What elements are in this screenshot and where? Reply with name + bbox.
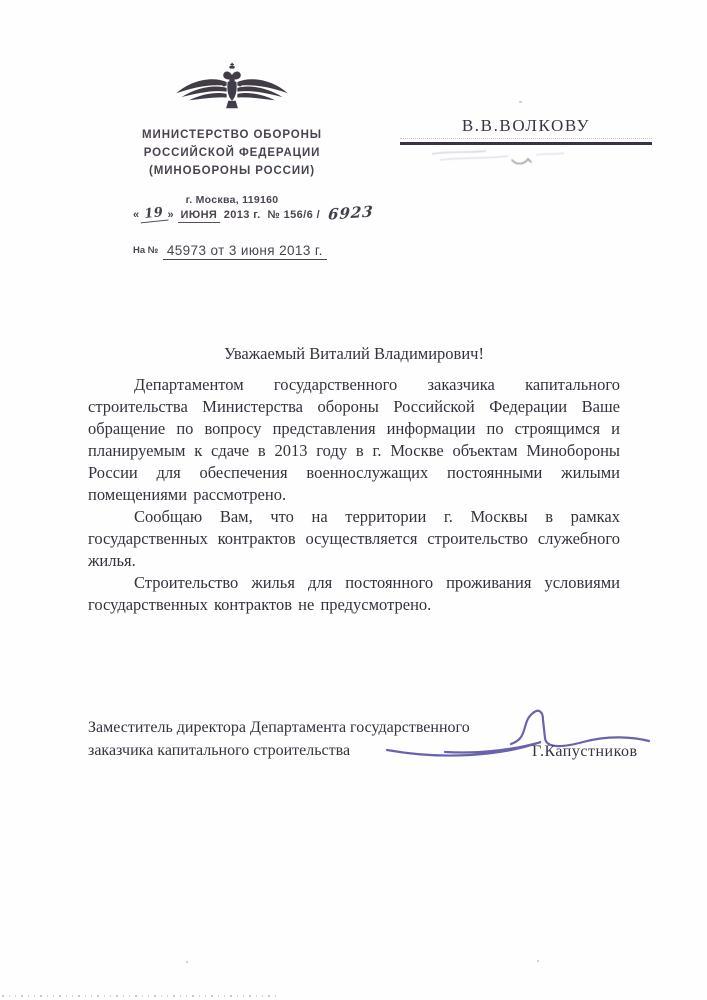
signature-block: Заместитель директора Департамента госуд… <box>88 716 668 786</box>
month-label: ИЮНЯ <box>178 209 221 223</box>
addressee-rule <box>400 142 652 145</box>
scan-speck <box>519 101 522 103</box>
signer-name: Г.Капустников <box>532 743 638 761</box>
handwritten-outgoing-number: 6923 <box>327 202 374 223</box>
paragraph-1: Департаментом государственного заказчика… <box>88 374 620 506</box>
erased-address-smudge <box>428 146 578 168</box>
paragraph-3: Строительство жилья для постоянного прож… <box>88 572 620 616</box>
addressee-name: В.В.ВОЛКОВУ <box>400 116 652 136</box>
outgoing-number-label: № 156/6 / <box>268 209 321 221</box>
reference-prefix: На № <box>133 245 158 256</box>
scanned-letter-page: МИНИСТЕРСТВО ОБОРОНЫ РОССИЙСКОЙ ФЕДЕРАЦИ… <box>0 0 707 1000</box>
scan-edge-artifacts <box>2 995 277 997</box>
letter-body: Департаментом государственного заказчика… <box>88 374 620 616</box>
handwritten-day: 19 <box>139 205 169 224</box>
org-name-line1: МИНИСТЕРСТВО ОБОРОНЫ <box>118 126 346 144</box>
scan-speck <box>186 961 188 963</box>
ministry-eagle-emblem <box>173 62 291 116</box>
addressee-block: В.В.ВОЛКОВУ <box>400 116 652 145</box>
incoming-reference-line: На № 45973 от 3 июня 2013 г. <box>133 242 327 260</box>
year-label: 2013 г. <box>224 209 261 221</box>
reference-value: 45973 от 3 июня 2013 г. <box>163 243 327 260</box>
org-name-line2: РОССИЙСКОЙ ФЕДЕРАЦИИ <box>118 144 346 162</box>
scan-speck <box>537 960 539 962</box>
letterhead: МИНИСТЕРСТВО ОБОРОНЫ РОССИЙСКОЙ ФЕДЕРАЦИ… <box>118 62 346 206</box>
salutation: Уважаемый Виталий Владимирович! <box>88 344 620 364</box>
addressee-dotted-line <box>400 138 652 139</box>
org-name-line3: (МИНОБОРОНЫ РОССИИ) <box>118 162 346 180</box>
paragraph-2: Сообщаю Вам, что на территории г. Москвы… <box>88 506 620 572</box>
outgoing-date-line: «19» ИЮНЯ 2013 г. № 156/6 /6923 <box>133 204 433 223</box>
